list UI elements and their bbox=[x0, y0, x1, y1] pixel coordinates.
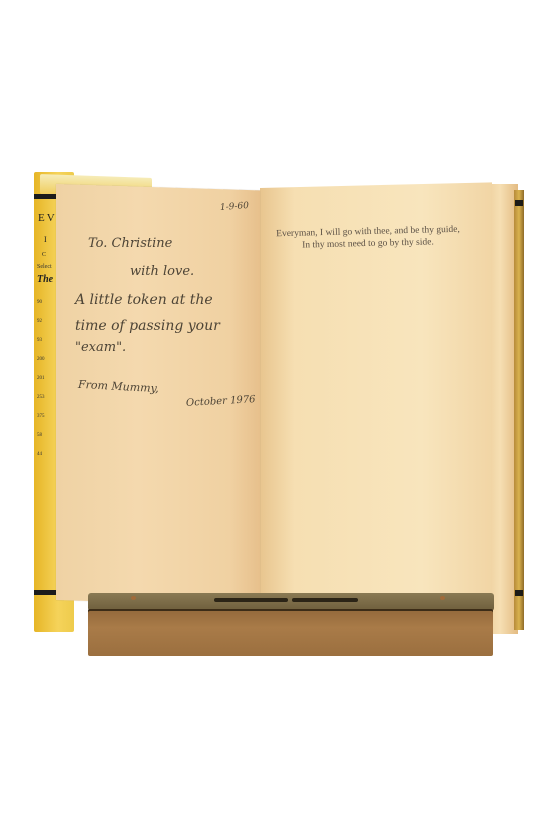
jacket-num: 253 bbox=[37, 395, 45, 414]
jacket-num: 201 bbox=[37, 376, 45, 395]
photo-scene: EV I C Select The 90 92 93 200 201 253 3… bbox=[0, 0, 550, 825]
jacket-select: Select bbox=[37, 264, 52, 270]
right-cover-edge bbox=[514, 190, 524, 630]
stand-screw-right bbox=[440, 596, 445, 600]
jacket-num: 90 bbox=[37, 300, 45, 319]
right-cover-band-top bbox=[515, 200, 523, 206]
jacket-sub-1: I bbox=[44, 236, 47, 244]
inscription-line-1: To. Christine bbox=[88, 236, 172, 251]
jacket-num: 92 bbox=[37, 319, 45, 338]
jacket-number-list: 90 92 93 200 201 253 375 58 44 bbox=[37, 300, 45, 471]
inscription-line-3: A little token at the bbox=[75, 292, 213, 308]
jacket-num: 200 bbox=[37, 357, 45, 376]
inscription-line-5: "exam". bbox=[75, 340, 126, 355]
stand-screw-left bbox=[131, 596, 136, 600]
jacket-num: 44 bbox=[37, 452, 45, 471]
stand-slot-left bbox=[214, 598, 288, 602]
jacket-title: EV bbox=[38, 212, 57, 224]
jacket-the: The bbox=[37, 274, 53, 285]
right-cover-band-bottom bbox=[515, 590, 523, 596]
inscription-line-2: with love. bbox=[130, 264, 194, 279]
inscription-line-4: time of passing your bbox=[75, 318, 220, 334]
date-note: 1-9-60 bbox=[220, 201, 250, 213]
jacket-num: 58 bbox=[37, 433, 45, 452]
jacket-num: 93 bbox=[37, 338, 45, 357]
stand-slot-right bbox=[292, 598, 358, 602]
wooden-book-stand bbox=[88, 609, 493, 656]
jacket-sub-2: C bbox=[42, 252, 46, 258]
jacket-num: 375 bbox=[37, 414, 45, 433]
